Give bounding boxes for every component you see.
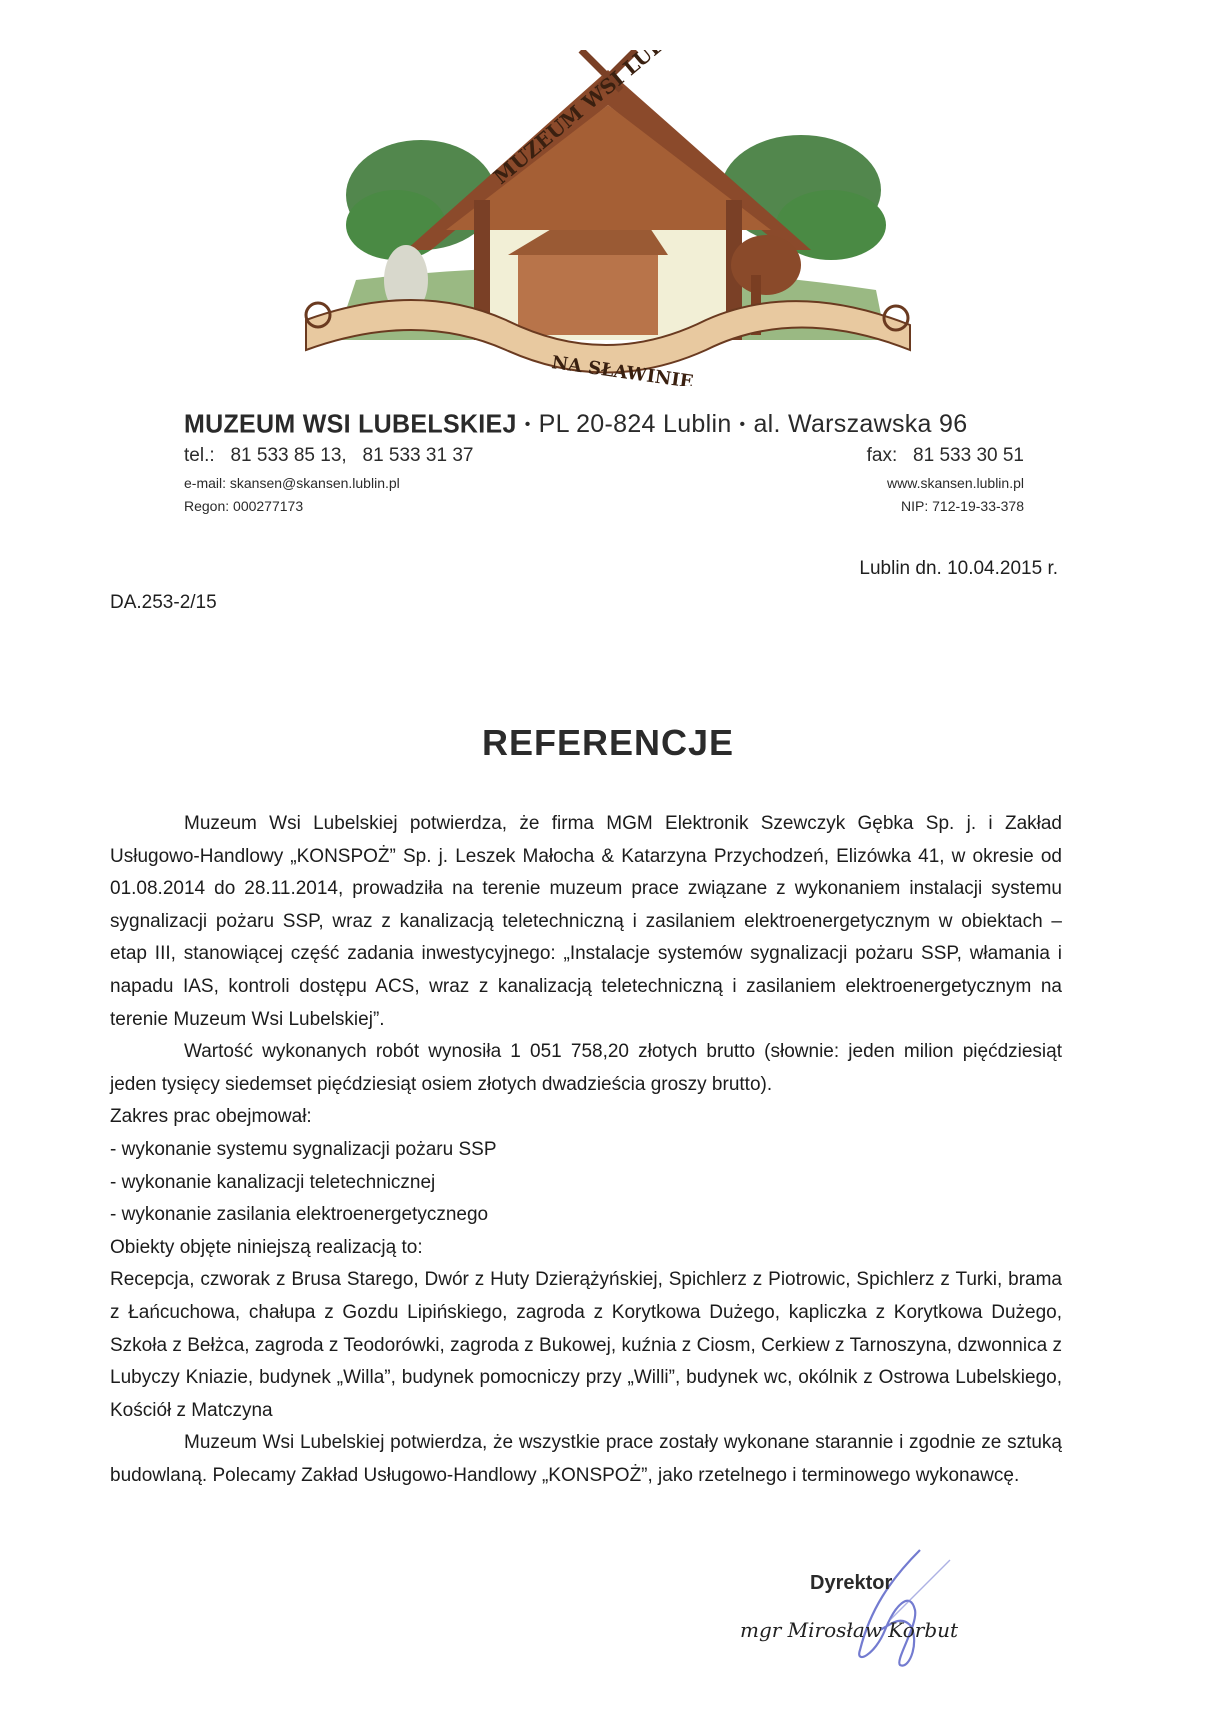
scope-item: - wykonanie systemu sygnalizacji pożaru … [110,1134,1062,1167]
document-date: Lublin dn. 10.04.2015 r. [859,558,1058,580]
paragraph-value: Wartość wykonanych robót wynosiła 1 051 … [110,1036,1062,1101]
handwritten-signature-icon [800,1530,960,1670]
signature-block: Dyrektor mgr Mirosław Korbut [740,1530,1000,1670]
letterhead: MUZEUM WSI LUBELSKIEJ•PL 20-824 Lublin•a… [184,410,1024,514]
postal-code: PL 20-824 Lublin [539,410,732,438]
letter-body: Muzeum Wsi Lubelskiej potwierdza, że fir… [110,808,1062,1492]
scope-item: - wykonanie zasilania elektroenergetyczn… [110,1199,1062,1232]
museum-logo: MUZEUM WSI LUBELSKIEJ NA SŁAWINIE [296,50,920,386]
scope-item: - wykonanie kanalizacji teletechnicznej [110,1167,1062,1200]
email-link[interactable]: e-mail: skansen@skansen.lublin.pl [184,475,400,491]
website-link[interactable]: www.skansen.lublin.pl [887,475,1024,491]
nip-number: NIP: 712-19-33-378 [901,498,1024,514]
letterhead-title: MUZEUM WSI LUBELSKIEJ•PL 20-824 Lublin•a… [184,410,1024,439]
signatory-title: Dyrektor [810,1572,892,1595]
paragraph-recommendation: Muzeum Wsi Lubelskiej potwierdza, że wsz… [110,1427,1062,1492]
reference-number: DA.253-2/15 [110,592,217,614]
street-address: al. Warszawska 96 [753,410,967,438]
objects-list: Recepcja, czworak z Brusa Starego, Dwór … [110,1264,1062,1427]
regon-number: Regon: 000277173 [184,498,303,514]
objects-heading: Obiekty objęte niniejszą realizacją to: [110,1232,1062,1265]
telephone: tel.: 81 533 85 13, 81 533 31 37 [184,445,473,467]
signatory-name: mgr Mirosław Korbut [740,1618,958,1642]
fax: fax: 81 533 30 51 [867,445,1024,467]
institution-name: MUZEUM WSI LUBELSKIEJ [184,409,517,439]
scope-heading: Zakres prac obejmował: [110,1101,1062,1134]
paragraph-confirmation: Muzeum Wsi Lubelskiej potwierdza, że fir… [110,808,1062,1036]
museum-logo-illustration: MUZEUM WSI LUBELSKIEJ NA SŁAWINIE [296,50,920,386]
document-heading: REFERENCJE [0,722,1216,764]
